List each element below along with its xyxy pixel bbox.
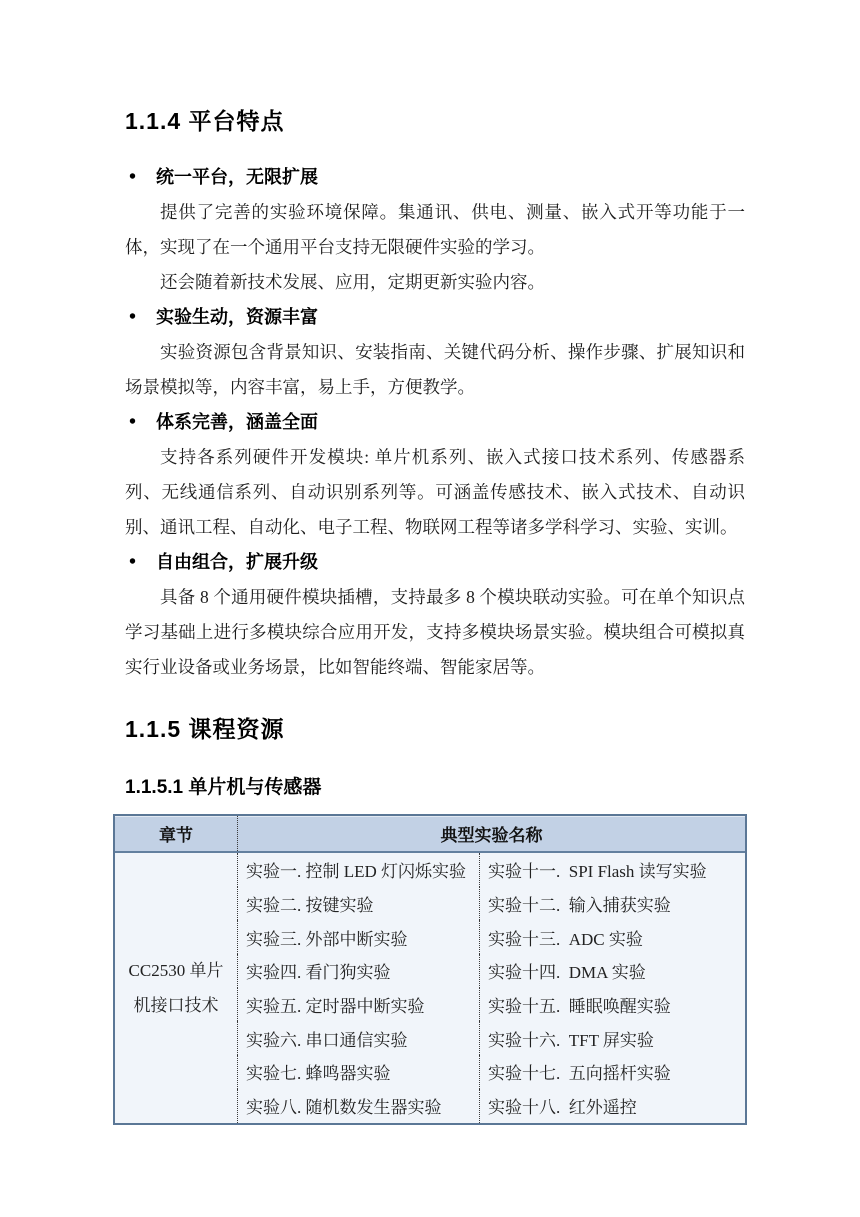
- table-cell-experiment: 实验十五. 睡眠唤醒实验: [479, 988, 745, 1022]
- paragraph: 还会随着新技术发展、应用，定期更新实验内容。: [125, 265, 745, 300]
- table-cell-experiment: 实验四. 看门狗实验: [237, 954, 479, 988]
- heading-1-1-4: 1.1.4 平台特点: [125, 103, 745, 136]
- table-header-row: 章节 典型实验名称: [115, 816, 745, 853]
- table-cell-experiment: 实验六. 串口通信实验: [237, 1021, 479, 1055]
- table-cell-experiment: 实验十六. TFT 屏实验: [479, 1021, 745, 1055]
- table-cell-experiment: 实验三. 外部中断实验: [237, 920, 479, 954]
- feature-item-rich-resources: • 实验生动，资源丰富 实验资源包含背景知识、安装指南、关键代码分析、操作步骤、…: [125, 300, 745, 405]
- table-chapter-cell: CC2530 单片机接口技术: [115, 853, 237, 1123]
- feature-item-complete-system: • 体系完善，涵盖全面 支持各系列硬件开发模块: 单片机系列、嵌入式接口技术系列…: [125, 405, 745, 545]
- table-cell-experiment: 实验十八. 红外遥控: [479, 1089, 745, 1123]
- table-cell-experiment: 实验五. 定时器中断实验: [237, 988, 479, 1022]
- bullet-icon: •: [129, 405, 136, 440]
- bullet-icon: •: [129, 545, 136, 580]
- feature-title: 体系完善，涵盖全面: [156, 412, 318, 432]
- paragraph: 具备 8 个通用硬件模块插槽，支持最多 8 个模块联动实验。可在单个知识点学习基…: [125, 580, 745, 685]
- feature-title: 实验生动，资源丰富: [156, 307, 318, 327]
- feature-title: 自由组合，扩展升级: [156, 552, 318, 572]
- table-cell-experiment: 实验一. 控制 LED 灯闪烁实验: [237, 853, 479, 887]
- bullet-icon: •: [129, 160, 136, 195]
- table-header-chapter: 章节: [115, 816, 237, 851]
- heading-1-1-5-1: 1.1.5.1 单片机与传感器: [125, 772, 745, 799]
- experiments-table: 章节 典型实验名称 CC2530 单片机接口技术 实验一. 控制 LED 灯闪烁…: [113, 814, 747, 1125]
- table-cell-experiment: 实验十三. ADC 实验: [479, 920, 745, 954]
- table-cell-experiment: 实验十七. 五向摇杆实验: [479, 1055, 745, 1089]
- bullet-icon: •: [129, 300, 136, 335]
- paragraph: 支持各系列硬件开发模块: 单片机系列、嵌入式接口技术系列、传感器系列、无线通信系…: [125, 440, 745, 545]
- paragraph: 提供了完善的实验环境保障。集通讯、供电、测量、嵌入式开等功能于一体，实现了在一个…: [125, 195, 745, 265]
- table-header-experiments: 典型实验名称: [237, 816, 745, 851]
- feature-title: 统一平台，无限扩展: [156, 167, 318, 187]
- table-cell-experiment: 实验十一. SPI Flash 读写实验: [479, 853, 745, 887]
- table-cell-experiment: 实验二. 按键实验: [237, 887, 479, 921]
- heading-1-1-5: 1.1.5 课程资源: [125, 711, 745, 744]
- feature-item-free-combination: • 自由组合，扩展升级 具备 8 个通用硬件模块插槽，支持最多 8 个模块联动实…: [125, 545, 745, 685]
- table-cell-experiment: 实验八. 随机数发生器实验: [237, 1089, 479, 1123]
- table-body: CC2530 单片机接口技术 实验一. 控制 LED 灯闪烁实验 实验十一. S…: [115, 853, 745, 1123]
- feature-item-unified-platform: • 统一平台，无限扩展 提供了完善的实验环境保障。集通讯、供电、测量、嵌入式开等…: [125, 160, 745, 300]
- table-cell-experiment: 实验十二. 输入捕获实验: [479, 887, 745, 921]
- table-cell-experiment: 实验十四. DMA 实验: [479, 954, 745, 988]
- document-page: 1.1.4 平台特点 • 统一平台，无限扩展 提供了完善的实验环境保障。集通讯、…: [0, 0, 860, 1217]
- paragraph: 实验资源包含背景知识、安装指南、关键代码分析、操作步骤、扩展知识和场景模拟等，内…: [125, 335, 745, 405]
- table-cell-experiment: 实验七. 蜂鸣器实验: [237, 1055, 479, 1089]
